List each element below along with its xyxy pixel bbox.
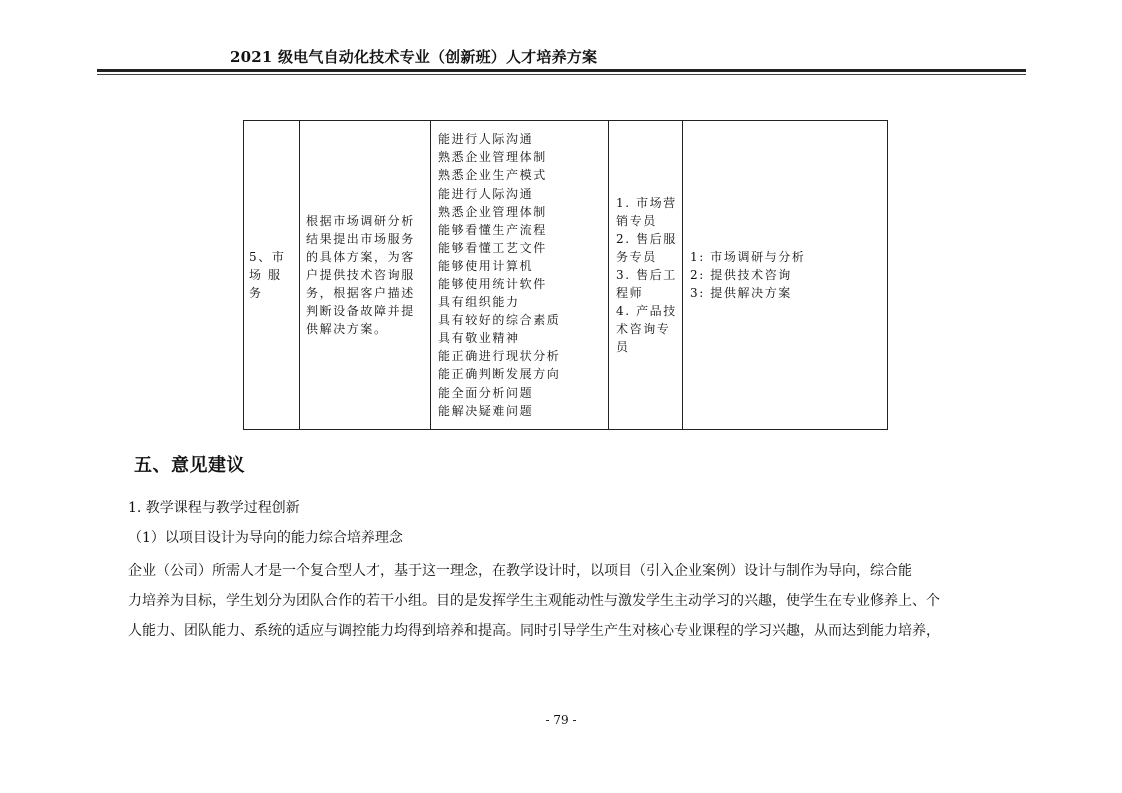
abilities-cell: 能进行人际沟通 熟悉企业管理体制 熟悉企业生产模式 能进行人际沟通 熟悉企业管理… [431, 121, 609, 430]
position-line: 4. 产品技 [616, 302, 680, 320]
table-row: 5、市 场 服 务 根据市场调研分析 结果提出市场服务 的具体方案，为客 户提供… [244, 121, 888, 430]
page-number: - 79 - [0, 713, 1122, 727]
paragraph-line: 人能力、团队能力、系统的适应与调控能力均得到培养和提高。同时引导学生产生对核心专… [128, 616, 1028, 646]
header-divider-thick [97, 69, 1026, 72]
task-line: 场 服 [249, 266, 297, 284]
position-line: 1. 市场营 [616, 194, 680, 212]
subsubsection-heading: （1）以项目设计为导向的能力综合培养理念 [128, 527, 403, 547]
subsection-heading: 1. 教学课程与教学过程创新 [128, 497, 300, 517]
ability-item: 能够使用统计软件 [438, 275, 608, 293]
description-line: 供解决方案。 [306, 320, 428, 338]
ability-item: 能够看懂工艺文件 [438, 239, 608, 257]
paragraph-line: 力培养为目标，学生划分为团队合作的若干小组。目的是发挥学生主观能动性与激发学生主… [128, 586, 1028, 616]
ability-item: 具有敬业精神 [438, 329, 608, 347]
ability-item: 熟悉企业管理体制 [438, 148, 608, 166]
task-cell: 5、市 场 服 务 [244, 121, 300, 430]
ability-item: 熟悉企业生产模式 [438, 166, 608, 184]
header-divider-thin [97, 74, 1026, 75]
description-line: 结果提出市场服务 [306, 230, 428, 248]
competency-table: 5、市 场 服 务 根据市场调研分析 结果提出市场服务 的具体方案，为客 户提供… [243, 120, 888, 430]
ability-item: 能够使用计算机 [438, 257, 608, 275]
ability-item: 能正确判断发展方向 [438, 365, 608, 383]
position-line: 程师 [616, 284, 680, 302]
ability-item: 具有组织能力 [438, 293, 608, 311]
course-item: 2: 提供技术咨询 [690, 266, 887, 284]
position-line: 员 [616, 338, 680, 356]
position-line: 术咨询专 [616, 320, 680, 338]
task-line: 务 [249, 284, 297, 302]
position-line: 务专员 [616, 248, 680, 266]
document-header-title: 2021 级电气自动化技术专业（创新班）人才培养方案 [230, 46, 597, 67]
description-line: 判断设备故障并提 [306, 302, 428, 320]
paragraph-line: 企业（公司）所需人才是一个复合型人才，基于这一理念，在教学设计时，以项目（引入企… [128, 556, 1028, 586]
ability-item: 熟悉企业管理体制 [438, 203, 608, 221]
courses-cell: 1: 市场调研与分析 2: 提供技术咨询 3: 提供解决方案 [683, 121, 888, 430]
ability-item: 具有较好的综合素质 [438, 311, 608, 329]
description-line: 户提供技术咨询服 [306, 266, 428, 284]
course-item: 3: 提供解决方案 [690, 284, 887, 302]
ability-item: 能够看懂生产流程 [438, 221, 608, 239]
ability-item: 能解决疑难问题 [438, 402, 608, 420]
position-line: 销专员 [616, 212, 680, 230]
description-line: 务，根据客户描述 [306, 284, 428, 302]
ability-item: 能全面分析问题 [438, 384, 608, 402]
description-cell: 根据市场调研分析 结果提出市场服务 的具体方案，为客 户提供技术咨询服 务，根据… [300, 121, 431, 430]
ability-item: 能进行人际沟通 [438, 185, 608, 203]
body-paragraph: 企业（公司）所需人才是一个复合型人才，基于这一理念，在教学设计时，以项目（引入企… [128, 556, 1028, 646]
description-line: 的具体方案，为客 [306, 248, 428, 266]
task-line: 5、市 [249, 248, 297, 266]
position-line: 2. 售后服 [616, 230, 680, 248]
ability-item: 能正确进行现状分析 [438, 347, 608, 365]
course-item: 1: 市场调研与分析 [690, 248, 887, 266]
description-line: 根据市场调研分析 [306, 212, 428, 230]
positions-cell: 1. 市场营 销专员 2. 售后服 务专员 3. 售后工 程师 4. 产品技 术… [609, 121, 683, 430]
position-line: 3. 售后工 [616, 266, 680, 284]
section-heading: 五、意见建议 [134, 451, 245, 477]
ability-item: 能进行人际沟通 [438, 130, 608, 148]
